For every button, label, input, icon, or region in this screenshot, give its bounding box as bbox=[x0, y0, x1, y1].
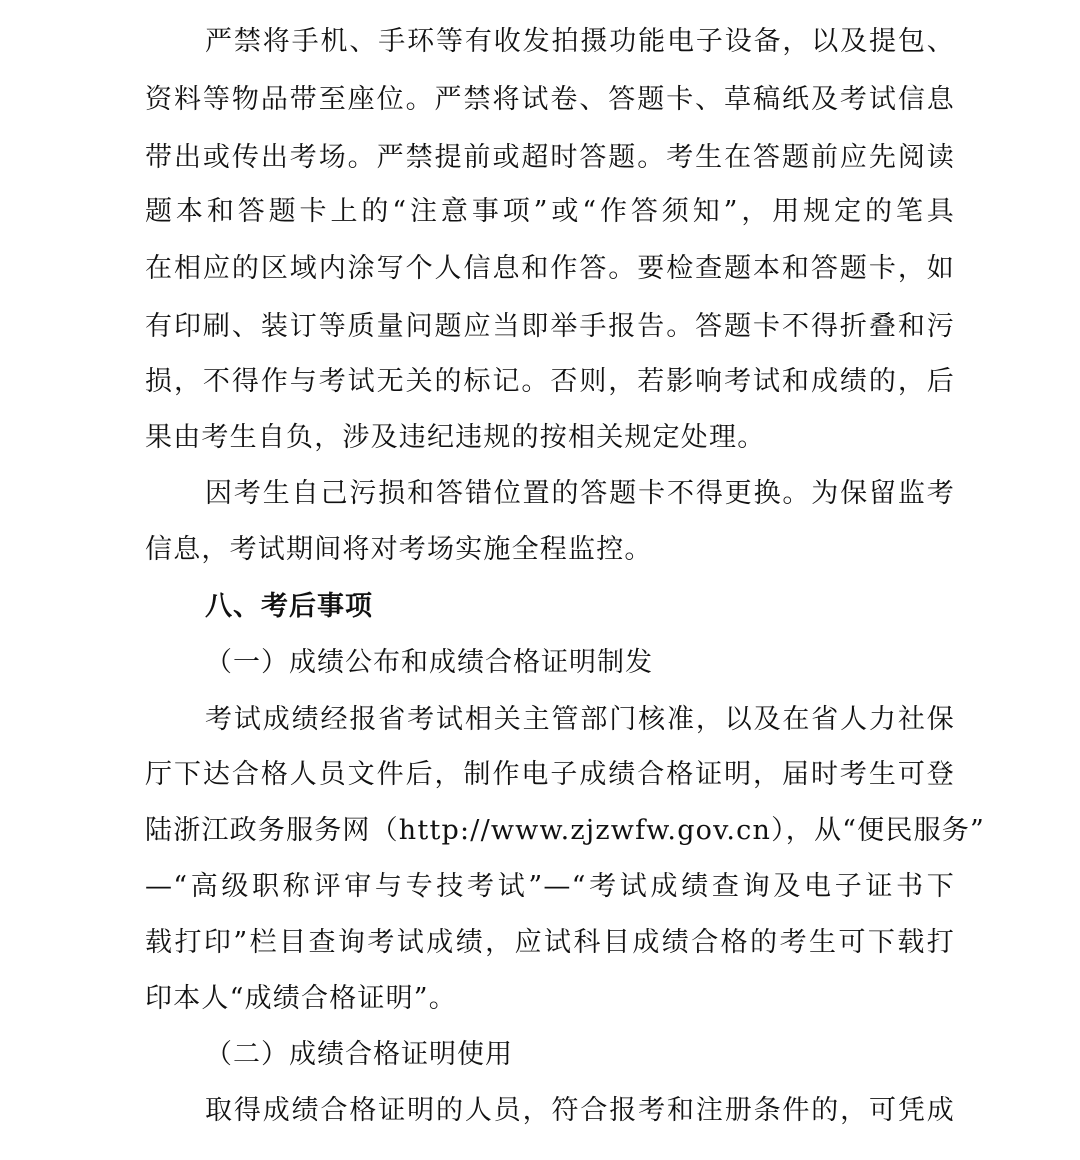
paragraph-line: 资料等物品带至座位。严禁将试卷、答题卡、草稿纸及考试信息 bbox=[145, 82, 955, 118]
paragraph-line: 带出或传出考场。严禁提前或超时答题。考生在答题前应先阅读 bbox=[145, 140, 955, 176]
paragraph-line: 考试成绩经报省考试相关主管部门核准，以及在省人力社保 bbox=[205, 702, 955, 738]
paragraph-line: 严禁将手机、手环等有收发拍摄功能电子设备，以及提包、 bbox=[205, 24, 955, 60]
paragraph-line: 损，不得作与考试无关的标记。否则，若影响考试和成绩的，后 bbox=[145, 364, 955, 400]
paragraph-line: 因考生自己污损和答错位置的答题卡不得更换。为保留监考 bbox=[205, 476, 955, 512]
paragraph-line: 在相应的区域内涂写个人信息和作答。要检查题本和答题卡，如 bbox=[145, 251, 955, 287]
subsection-heading: （一）成绩公布和成绩合格证明制发 bbox=[205, 645, 955, 681]
section-heading: 八、考后事项 bbox=[205, 589, 955, 625]
paragraph-line: 取得成绩合格证明的人员，符合报考和注册条件的，可凭成 bbox=[205, 1093, 955, 1129]
document-page: 严禁将手机、手环等有收发拍摄功能电子设备，以及提包、资料等物品带至座位。严禁将试… bbox=[0, 0, 1080, 1160]
paragraph-line: 果由考生自负，涉及违纪违规的按相关规定处理。 bbox=[145, 420, 955, 456]
subsection-heading: （二）成绩合格证明使用 bbox=[205, 1037, 955, 1073]
paragraph-line: 载打印”栏目查询考试成绩，应试科目成绩合格的考生可下载打 bbox=[145, 925, 955, 961]
paragraph-line: 印本人“成绩合格证明”。 bbox=[145, 981, 955, 1017]
paragraph-line: —“高级职称评审与专技考试”—“考试成绩查询及电子证书下 bbox=[145, 869, 955, 905]
paragraph-line: 厅下达合格人员文件后，制作电子成绩合格证明，届时考生可登 bbox=[145, 757, 955, 793]
paragraph-line: 陆浙江政务服务网（http://www.zjzwfw.gov.cn），从“便民服… bbox=[145, 813, 955, 849]
paragraph-line: 有印刷、装订等质量问题应当即举手报告。答题卡不得折叠和污 bbox=[145, 309, 955, 345]
paragraph-line: 题本和答题卡上的“注意事项”或“作答须知”，用规定的笔具 bbox=[145, 194, 955, 230]
paragraph-line: 信息，考试期间将对考场实施全程监控。 bbox=[145, 532, 955, 568]
